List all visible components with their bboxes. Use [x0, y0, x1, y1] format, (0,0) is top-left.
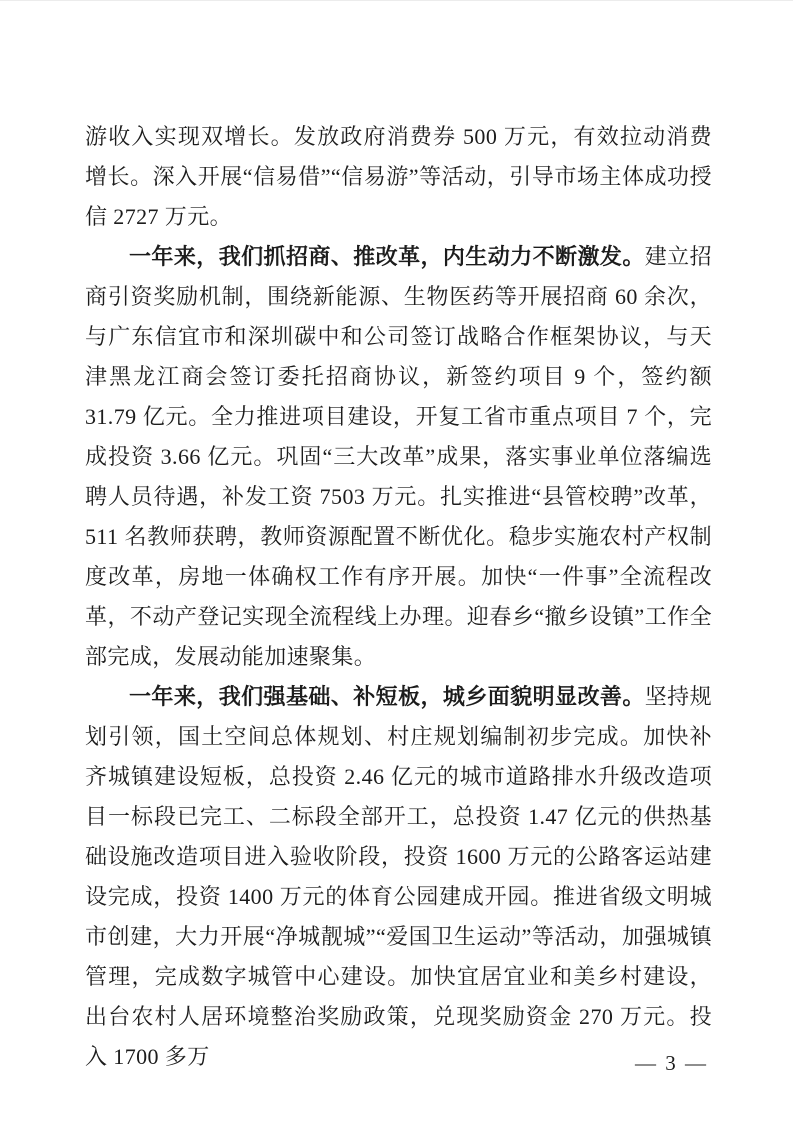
document-body: 游收入实现双增长。发放政府消费券 500 万元，有效拉动消费增长。深入开展“信易… [85, 117, 712, 1077]
paragraph-text: 坚持规划引领，国土空间总体规划、村庄规划编制初步完成。加快补齐城镇建设短板，总投… [85, 684, 712, 1069]
paragraph-investment-reform: 一年来，我们抓招商、推改革，内生动力不断激发。建立招商引资奖励机制，围绕新能源、… [85, 237, 712, 677]
paragraph-text: 游收入实现双增长。发放政府消费券 500 万元，有效拉动消费增长。深入开展“信易… [85, 124, 712, 229]
document-page: 游收入实现双增长。发放政府消费券 500 万元，有效拉动消费增长。深入开展“信易… [0, 0, 793, 1123]
paragraph-lead-sentence: 一年来，我们抓招商、推改革，内生动力不断激发。 [129, 244, 645, 269]
paragraph-text: 建立招商引资奖励机制，围绕新能源、生物医药等开展招商 60 余次，与广东信宜市和… [85, 244, 712, 669]
paragraph-continuation: 游收入实现双增长。发放政府消费券 500 万元，有效拉动消费增长。深入开展“信易… [85, 117, 712, 237]
page-number: — 3 — [0, 1049, 708, 1077]
paragraph-lead-sentence: 一年来，我们强基础、补短板，城乡面貌明显改善。 [129, 684, 645, 709]
paragraph-urban-rural: 一年来，我们强基础、补短板，城乡面貌明显改善。坚持规划引领，国土空间总体规划、村… [85, 677, 712, 1077]
